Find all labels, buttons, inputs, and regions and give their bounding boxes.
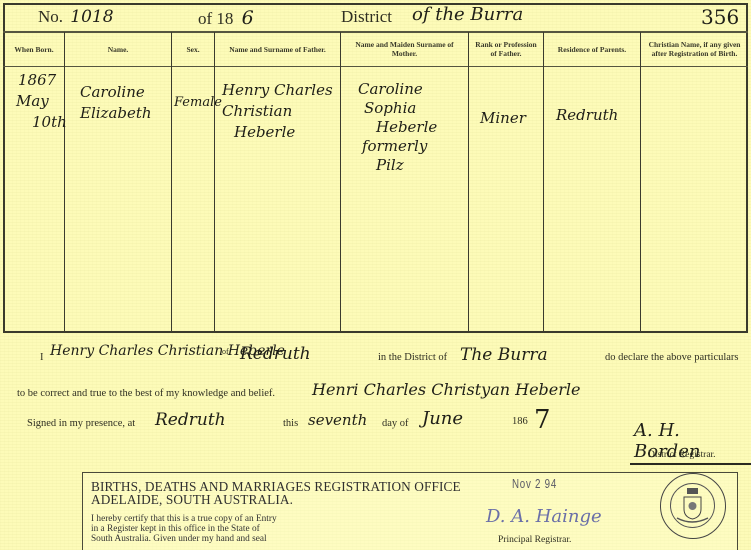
certificate-body-line2: in a Register kept in this office in the… <box>91 524 260 534</box>
signed-label: Signed in my presence, at <box>27 418 135 429</box>
year-suffix: 6 <box>242 7 254 29</box>
signed-place: Redruth <box>155 410 226 430</box>
column-header-residence: Residence of Parents. <box>544 34 640 64</box>
correct-label: to be correct and true to the best of my… <box>17 388 275 399</box>
declaration-district: The Burra <box>460 345 548 365</box>
page-number: 356 <box>701 5 739 29</box>
header-rule <box>3 31 748 33</box>
day-value: seventh <box>308 411 367 429</box>
this-label: this <box>283 418 298 429</box>
entry-number-label: No. 1018 <box>38 7 114 27</box>
father-middle-name: Christian <box>222 101 340 122</box>
month-value: June <box>422 408 463 429</box>
mother-formerly-label: formerly <box>358 137 468 156</box>
district-value: of the Burra <box>412 4 523 25</box>
mother-first-name: Caroline <box>358 80 468 99</box>
mother-married-surname: Heberle <box>358 118 468 137</box>
certificate-office-line2: ADELAIDE, SOUTH AUSTRALIA. <box>91 493 293 506</box>
year-prefix: 186 <box>512 416 528 427</box>
column-header-rank: Rank or Profession of Father. <box>469 34 543 64</box>
year-suffix-handwritten: 7 <box>534 405 551 435</box>
declaration-i-label: I <box>40 352 44 363</box>
column-divider <box>64 32 65 332</box>
registrar-title: District Registrar. <box>648 450 716 460</box>
seal-coat-of-arms-icon <box>670 483 715 528</box>
column-header-mother: Name and Maiden Surname of Mother. <box>341 34 468 64</box>
mother-middle-name: Sophia <box>358 99 468 118</box>
child-middle-name: Elizabeth <box>80 103 170 124</box>
child-first-name: Caroline <box>80 82 170 103</box>
father-surname: Heberle <box>222 122 340 143</box>
column-divider <box>543 32 544 332</box>
cell-when-born: 1867 May 10th <box>16 70 64 133</box>
birth-month: May <box>16 91 64 112</box>
column-header-christian-name: Christian Name, if any given after Regis… <box>641 34 748 64</box>
column-header-name: Name. <box>65 34 171 64</box>
official-seal <box>660 473 726 539</box>
cell-child-name: Caroline Elizabeth <box>80 82 170 124</box>
year-label: of 18 6 <box>198 7 254 29</box>
cell-father: Henry Charles Christian Heberle <box>222 80 340 143</box>
birth-day: 10th <box>16 112 64 133</box>
cell-residence: Redruth <box>556 105 618 126</box>
column-header-rule <box>3 66 748 67</box>
birth-year: 1867 <box>16 70 64 91</box>
declarant-residence: Redruth <box>240 344 311 364</box>
declare-label: do declare the above particulars <box>605 352 739 363</box>
column-divider <box>468 32 469 332</box>
district-label: District <box>341 7 392 27</box>
cell-rank-profession: Miner <box>480 108 526 129</box>
column-divider <box>171 32 172 332</box>
principal-registrar-signature: D. A. Hainge <box>486 506 602 527</box>
column-header-when-born: When Born. <box>4 34 64 64</box>
declarant-signature: Henri Charles Christyan Heberle <box>312 380 580 399</box>
cell-mother: Caroline Sophia Heberle formerly Pilz <box>358 80 468 175</box>
day-of-label: day of <box>382 418 409 429</box>
mother-maiden-surname: Pilz <box>358 156 468 175</box>
column-header-sex: Sex. <box>172 34 214 64</box>
entry-number: 1018 <box>70 7 113 27</box>
column-divider <box>340 32 341 332</box>
father-given-names: Henry Charles <box>222 80 340 101</box>
cell-sex: Female <box>174 92 222 113</box>
declaration-of-label: of <box>222 347 229 356</box>
column-header-father: Name and Surname of Father. <box>215 34 340 64</box>
principal-registrar-title: Principal Registrar. <box>498 535 571 545</box>
in-district-label: in the District of <box>378 352 447 363</box>
date-stamp: Nov 2 94 <box>512 476 557 491</box>
column-divider <box>214 32 215 332</box>
certificate-body-line1: I hereby certify that this is a true cop… <box>91 514 277 524</box>
column-divider <box>640 32 641 332</box>
certificate-body-line3: South Australia. Given under my hand and… <box>91 534 267 544</box>
